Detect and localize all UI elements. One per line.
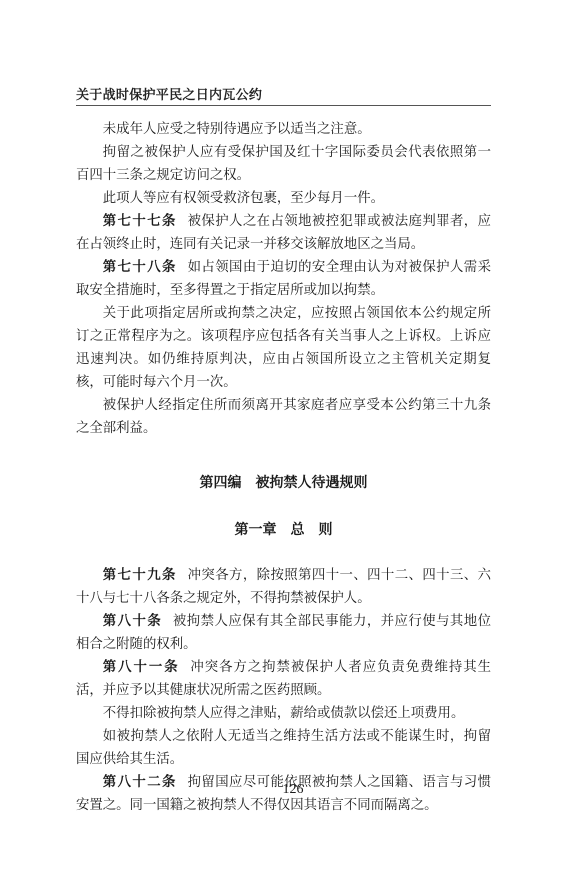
page-number: 126 — [0, 782, 586, 798]
page-body: 未成年人应受之特别待遇应予以适当之注意。 拘留之被保护人应有受保护国及红十字国际… — [76, 118, 491, 817]
article-number: 第七十八条 — [103, 260, 177, 275]
paragraph: 如被拘禁人之依附人无适当之维持生活方法或不能谋生时，拘留国应供给其生活。 — [76, 725, 491, 771]
paragraph: 拘留之被保护人应有受保护国及红十字国际委员会代表依照第一百四十三条之规定访问之权… — [76, 141, 491, 187]
paragraph: 关于此项指定居所或拘禁之决定，应按照占领国依本公约规定所订之正常程序为之。该项程… — [76, 302, 491, 394]
paragraph-text: 如被拘禁人之依附人无适当之维持生活方法或不能谋生时，拘留国应供给其生活。 — [76, 729, 491, 767]
paragraph: 此项人等应有权领受救济包裹，至少每月一件。 — [76, 187, 491, 210]
paragraph: 未成年人应受之特别待遇应予以适当之注意。 — [76, 118, 491, 141]
header-rule — [76, 105, 491, 106]
paragraph: 被保护人经指定住所而须离开其家庭者应享受本公约第三十九条之全部利益。 — [76, 394, 491, 440]
article-77: 第七十七条被保护人之在占领地被控犯罪或被法庭判罪者，应在占领终止时，连同有关记录… — [76, 210, 491, 256]
paragraph-text: 未成年人应受之特别待遇应予以适当之注意。 — [103, 122, 371, 137]
paragraph-text: 此项人等应有权领受救济包裹，至少每月一件。 — [103, 191, 384, 206]
paragraph-text: 拘留之被保护人应有受保护国及红十字国际委员会代表依照第一百四十三条之规定访问之权… — [76, 145, 491, 183]
paragraph-text: 不得扣除被拘禁人应得之津贴，薪给或债款以偿还上项费用。 — [103, 706, 465, 721]
paragraph: 不得扣除被拘禁人应得之津贴，薪给或债款以偿还上项费用。 — [76, 702, 491, 725]
article-79: 第七十九条冲突各方，除按照第四十一、四十二、四十三、六十八与七十八各条之规定外，… — [76, 564, 491, 610]
paragraph-text: 关于此项指定居所或拘禁之决定，应按照占领国依本公约规定所订之正常程序为之。该项程… — [76, 306, 491, 390]
article-number: 第七十九条 — [103, 568, 177, 583]
paragraph-text: 被保护人经指定住所而须离开其家庭者应享受本公约第三十九条之全部利益。 — [76, 398, 491, 436]
article-number: 第八十一条 — [103, 660, 180, 675]
running-header: 关于战时保护平民之日内瓦公约 — [76, 84, 491, 103]
chapter-title: 第一章 总 则 — [76, 519, 491, 542]
article-78: 第七十八条如占领国由于迫切的安全理由认为对被保护人需采取安全措施时，至多得置之于… — [76, 256, 491, 302]
part-title: 第四编 被拘禁人待遇规则 — [76, 472, 491, 495]
article-81: 第八十一条冲突各方之拘禁被保护人者应负责免费维持其生活，并应予以其健康状况所需之… — [76, 656, 491, 702]
article-number: 第七十七条 — [103, 214, 177, 229]
article-number: 第八十条 — [103, 614, 162, 629]
article-80: 第八十条被拘禁人应保有其全部民事能力，并应行使与其地位相合之附随的权利。 — [76, 610, 491, 656]
